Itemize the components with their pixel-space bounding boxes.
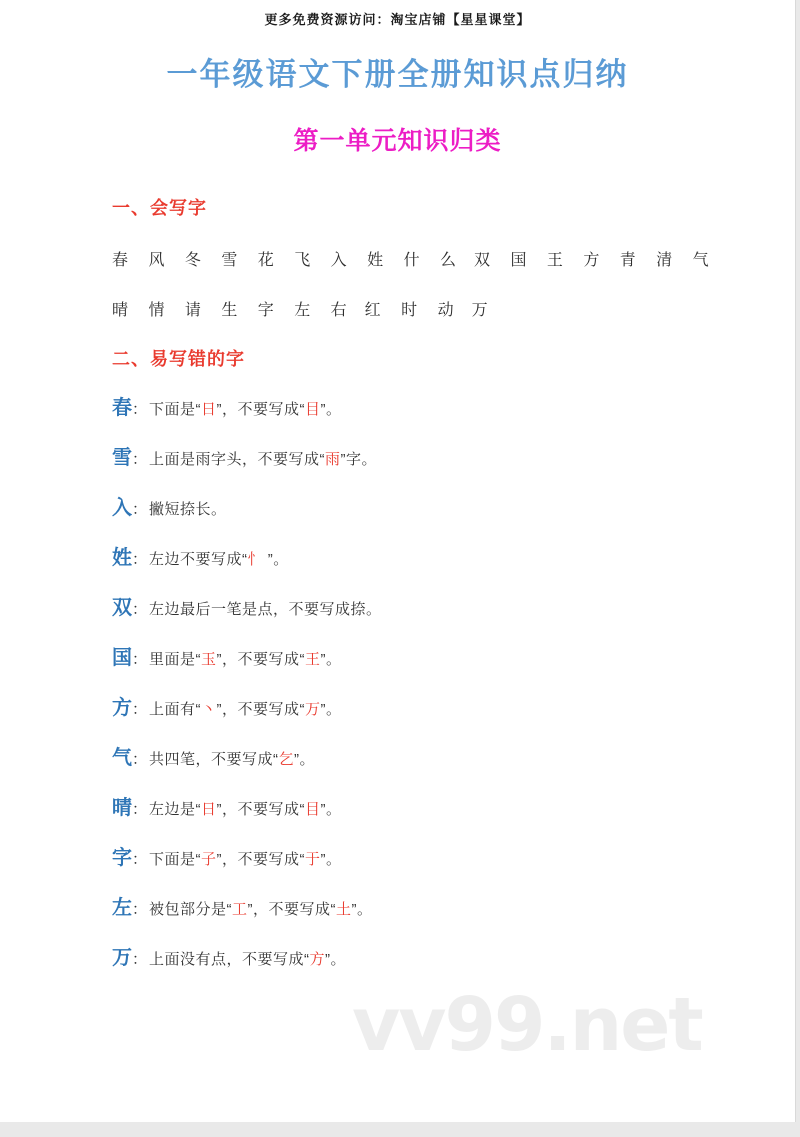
error-char-item: 左：被包部分是“工”，不要写成“土”。 bbox=[112, 897, 715, 921]
item-character: 左 bbox=[112, 897, 132, 919]
item-colon: ： bbox=[132, 751, 147, 768]
unit-subtitle: 第一单元知识归类 bbox=[0, 121, 795, 157]
item-colon: ： bbox=[132, 651, 147, 668]
promo-header: 更多免费资源访问：淘宝店铺【星星课堂】 bbox=[0, 0, 795, 28]
item-colon: ： bbox=[132, 801, 147, 818]
item-character: 入 bbox=[112, 497, 132, 519]
error-char-item: 春：下面是“日”，不要写成“目”。 bbox=[112, 397, 715, 421]
item-character: 字 bbox=[112, 847, 132, 869]
document-body: 一、会写字 春 风 冬 雪 花 飞 入 姓 什 么 双 国 王 方 青 清 气晴… bbox=[0, 194, 795, 971]
item-colon: ： bbox=[132, 501, 147, 518]
error-char-item: 万：上面没有点，不要写成“方”。 bbox=[112, 947, 715, 971]
item-character: 晴 bbox=[112, 797, 132, 819]
item-explanation: 撇短捺长。 bbox=[149, 501, 227, 518]
item-explanation: 里面是“玉”，不要写成“王”。 bbox=[149, 651, 342, 668]
error-char-item: 双：左边最后一笔是点，不要写成捺。 bbox=[112, 597, 715, 621]
character-row: 晴 情 请 生 字 左 右 红 时 动 万 bbox=[112, 297, 715, 320]
item-explanation: 左边不要写成“忄 ”。 bbox=[149, 551, 289, 568]
item-colon: ： bbox=[132, 551, 147, 568]
character-list: 春 风 冬 雪 花 飞 入 姓 什 么 双 国 王 方 青 清 气晴 情 请 生… bbox=[112, 247, 715, 320]
error-char-item: 方：上面有“丶”，不要写成“万”。 bbox=[112, 697, 715, 721]
error-char-item: 字：下面是“子”，不要写成“于”。 bbox=[112, 847, 715, 871]
item-colon: ： bbox=[132, 951, 147, 968]
section-heading-error-prone-characters: 二、易写错的字 bbox=[112, 345, 715, 371]
item-explanation: 上面没有点，不要写成“方”。 bbox=[149, 951, 346, 968]
item-explanation: 下面是“子”，不要写成“于”。 bbox=[149, 851, 342, 868]
item-character: 方 bbox=[112, 697, 132, 719]
item-character: 气 bbox=[112, 747, 132, 769]
item-colon: ： bbox=[132, 851, 147, 868]
item-explanation: 下面是“日”，不要写成“目”。 bbox=[149, 401, 342, 418]
error-char-item: 雪：上面是雨字头，不要写成“雨”字。 bbox=[112, 447, 715, 471]
error-char-item: 国：里面是“玉”，不要写成“王”。 bbox=[112, 647, 715, 671]
character-row: 春 风 冬 雪 花 飞 入 姓 什 么 双 国 王 方 青 清 气 bbox=[112, 247, 715, 270]
error-char-item: 入：撇短捺长。 bbox=[112, 497, 715, 521]
item-colon: ： bbox=[132, 401, 147, 418]
item-character: 雪 bbox=[112, 447, 132, 469]
error-char-item: 气：共四笔，不要写成“乞”。 bbox=[112, 747, 715, 771]
item-explanation: 左边最后一笔是点，不要写成捺。 bbox=[149, 601, 382, 618]
error-char-item: 晴：左边是“日”，不要写成“目”。 bbox=[112, 797, 715, 821]
error-character-list: 春：下面是“日”，不要写成“目”。雪：上面是雨字头，不要写成“雨”字。入：撇短捺… bbox=[112, 397, 715, 971]
item-character: 双 bbox=[112, 597, 132, 619]
item-explanation: 左边是“日”，不要写成“目”。 bbox=[149, 801, 342, 818]
item-character: 万 bbox=[112, 947, 132, 969]
item-colon: ： bbox=[132, 601, 147, 618]
item-explanation: 被包部分是“工”，不要写成“土”。 bbox=[149, 901, 373, 918]
page-title: 一年级语文下册全册知识点归纳 bbox=[0, 49, 795, 94]
item-explanation: 上面是雨字头，不要写成“雨”字。 bbox=[149, 451, 377, 468]
item-explanation: 上面有“丶”，不要写成“万”。 bbox=[149, 701, 342, 718]
item-explanation: 共四笔，不要写成“乞”。 bbox=[149, 751, 315, 768]
item-character: 国 bbox=[112, 647, 132, 669]
section-heading-write-characters: 一、会写字 bbox=[112, 194, 715, 220]
item-character: 姓 bbox=[112, 547, 132, 569]
watermark: vv99.net bbox=[352, 982, 702, 1068]
item-colon: ： bbox=[132, 451, 147, 468]
document-page: 更多免费资源访问：淘宝店铺【星星课堂】 一年级语文下册全册知识点归纳 第一单元知… bbox=[0, 0, 796, 1122]
error-char-item: 姓：左边不要写成“忄 ”。 bbox=[112, 547, 715, 571]
item-colon: ： bbox=[132, 901, 147, 918]
item-character: 春 bbox=[112, 397, 132, 419]
item-colon: ： bbox=[132, 701, 147, 718]
